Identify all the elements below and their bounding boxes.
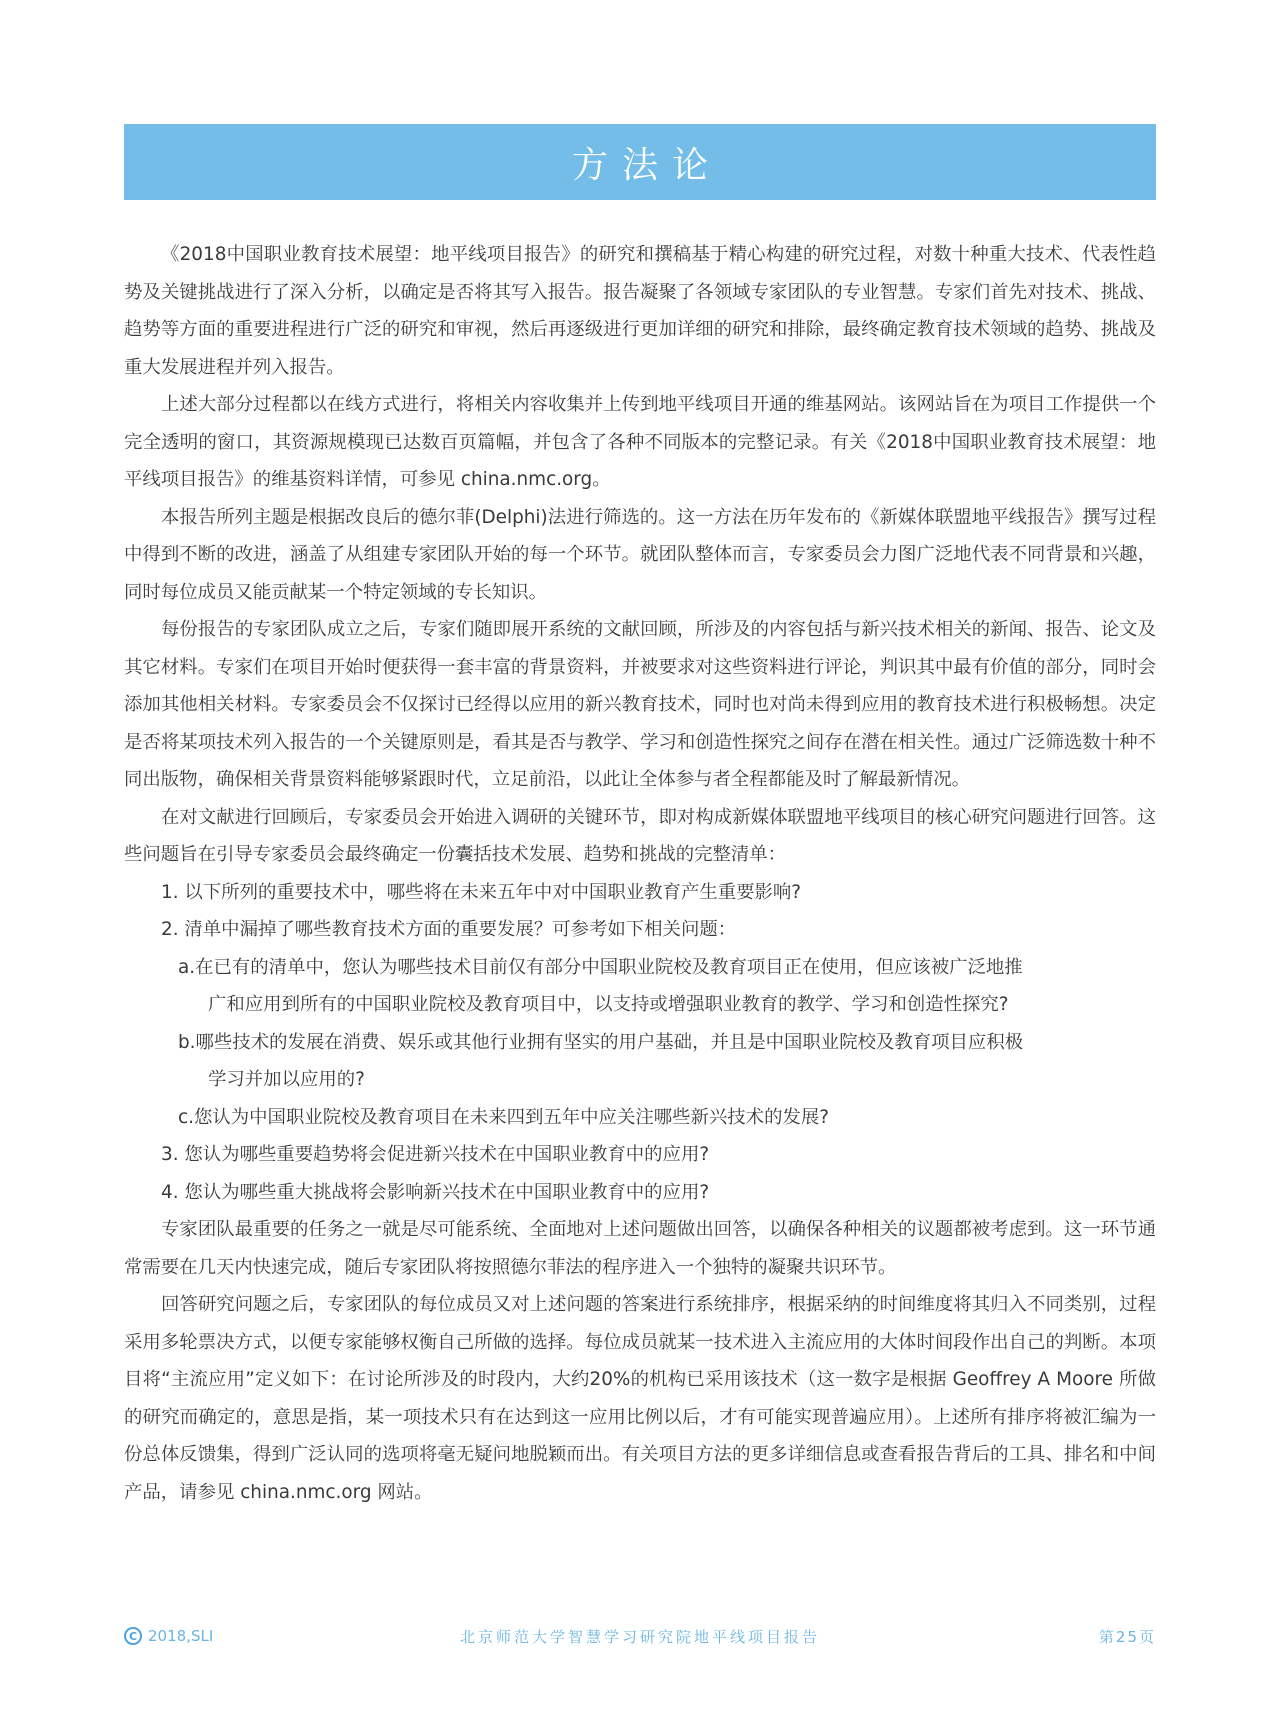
question-3: 3. 您认为哪些重要趋势将会促进新兴技术在中国职业教育中的应用? [124,1136,1156,1174]
paragraph-ranking: 回答研究问题之后，专家团队的每位成员又对上述问题的答案进行系统排序，根据采纳的时… [124,1286,1156,1511]
paragraph-literature-review: 每份报告的专家团队成立之后，专家们随即展开系统的文献回顾，所涉及的内容包括与新兴… [124,611,1156,799]
section-title-bar: 方法论 [124,124,1156,200]
question-2: 2. 清单中漏掉了哪些教育技术方面的重要发展？可参考如下相关问题： [124,911,1156,949]
question-1: 1. 以下所列的重要技术中，哪些将在未来五年中对中国职业教育产生重要影响? [124,874,1156,912]
paragraph-delphi: 本报告所列主题是根据改良后的德尔菲(Delphi)法进行筛选的。这一方法在历年发… [124,499,1156,612]
copyright-icon: C [124,1627,142,1645]
page-footer: C 2018,SLI 北京师范大学智慧学习研究院地平线项目报告 第25页 [124,1624,1156,1648]
question-2c: c.您认为中国职业院校及教育项目在未来四到五年中应关注哪些新兴技术的发展? [124,1099,1156,1137]
question-4: 4. 您认为哪些重大挑战将会影响新兴技术在中国职业教育中的应用? [124,1174,1156,1212]
paragraph-consensus: 专家团队最重要的任务之一就是尽可能系统、全面地对上述问题做出回答，以确保各种相关… [124,1211,1156,1286]
paragraph-wiki: 上述大部分过程都以在线方式进行，将相关内容收集并上传到地平线项目开通的维基网站。… [124,386,1156,499]
section-title: 方法论 [558,137,722,188]
copyright-text: 2018,SLI [148,1627,213,1645]
page-number: 第25页 [836,1626,1156,1647]
footer-copyright: C 2018,SLI [124,1627,444,1645]
question-2b-line1: b.哪些技术的发展在消费、娱乐或其他行业拥有坚实的用户基础，并且是中国职业院校及… [124,1024,1156,1062]
footer-publisher: 北京师范大学智慧学习研究院地平线项目报告 [444,1626,836,1647]
document-body: 《2018中国职业教育技术展望：地平线项目报告》的研究和撰稿基于精心构建的研究过… [124,236,1156,1511]
paragraph-intro: 《2018中国职业教育技术展望：地平线项目报告》的研究和撰稿基于精心构建的研究过… [124,236,1156,386]
question-2a-line1: a.在已有的清单中，您认为哪些技术目前仅有部分中国职业院校及教育项目正在使用，但… [124,949,1156,987]
paragraph-research-questions-intro: 在对文献进行回顾后，专家委员会开始进入调研的关键环节，即对构成新媒体联盟地平线项… [124,799,1156,874]
question-2a-line2: 广和应用到所有的中国职业院校及教育项目中，以支持或增强职业教育的教学、学习和创造… [124,986,1156,1024]
question-2b-line2: 学习并加以应用的? [124,1061,1156,1099]
